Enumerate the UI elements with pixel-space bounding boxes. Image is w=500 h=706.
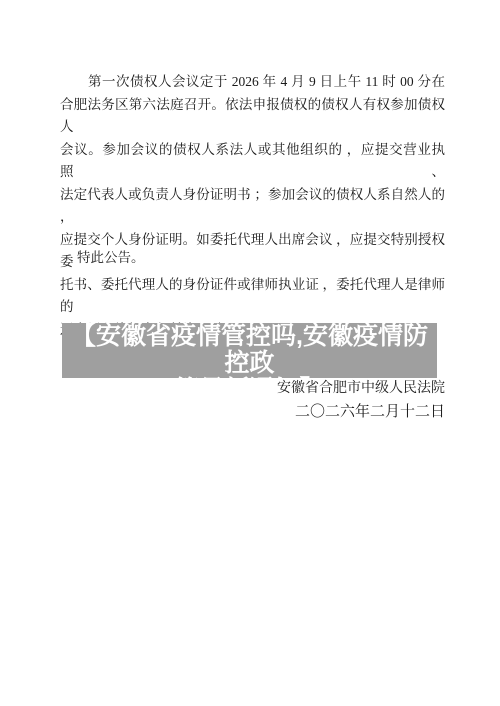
body-line: 会议。参加会议的债权人系法人或其他组织的 ，应提交营业执照、: [60, 139, 445, 184]
body-line: 合肥法务区第六法庭召开。依法申报债权的债权人有权参加债权人: [60, 94, 445, 139]
notice-page: 第一次债权人会议定于 2026 年 4 月 9 日上午 11 时 00 分在 合…: [0, 0, 500, 706]
highlight-heading: 【安徽省疫情管控吗,安徽疫情防控政 策最新通知】: [62, 323, 437, 378]
closing-line: 特此公告。: [77, 247, 145, 270]
body-line: 第一次债权人会议定于 2026 年 4 月 9 日上午 11 时 00 分在: [60, 71, 445, 94]
body-line: 托书、委托代理人的身份证件或律师执业证 ，委托代理人是律师的: [60, 274, 445, 319]
signature-court: 安徽省合肥市中级人民法院: [60, 379, 445, 399]
notice-body: 第一次债权人会议定于 2026 年 4 月 9 日上午 11 时 00 分在 合…: [60, 71, 445, 341]
highlight-heading-line: 【安徽省疫情管控吗,安徽疫情防控政: [62, 323, 437, 377]
body-line: 法定代表人或负责人身份证明书 ；参加会议的债权人系自然人的 ，: [60, 184, 445, 229]
signature-date: 二〇二六年二月十二日: [60, 402, 445, 422]
